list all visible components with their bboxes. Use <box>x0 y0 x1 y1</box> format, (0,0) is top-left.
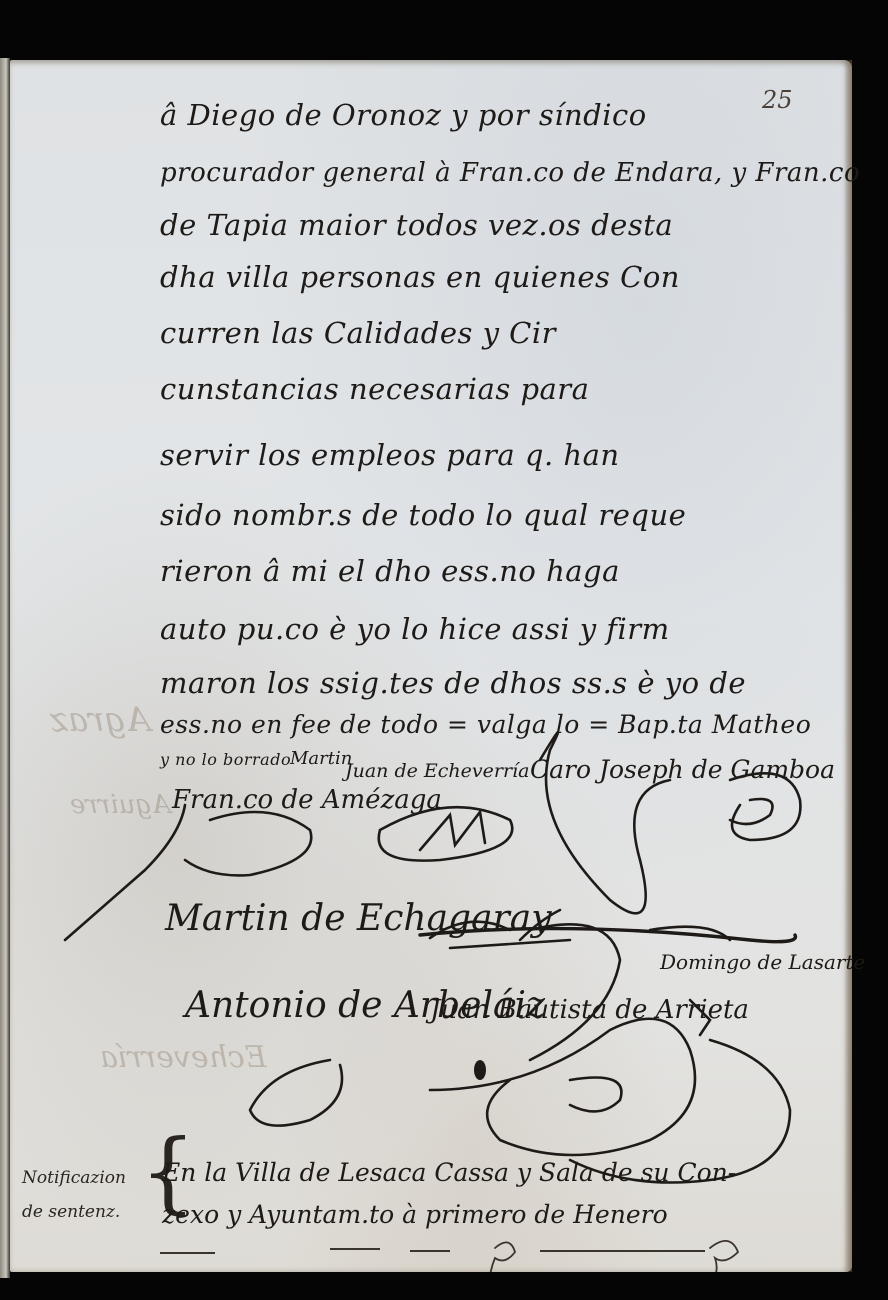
manuscript-page: Agraz Aguirre Echeverría 25 â Diego de O… <box>10 60 852 1272</box>
book-spine-edge <box>0 58 10 1278</box>
